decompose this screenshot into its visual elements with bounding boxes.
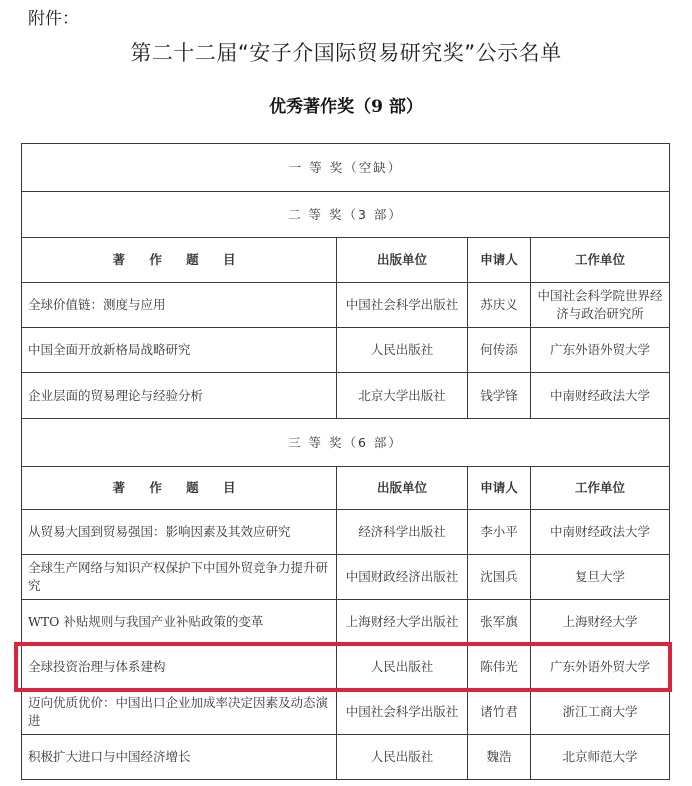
- column-header-applicant: 申请人: [468, 238, 531, 283]
- table-row: 迈向优质优价：中国出口企业加成率决定因素及动态演进 中国社会科学出版社 诸竹君 …: [22, 690, 670, 735]
- cell-affiliation: 浙江工商大学: [531, 690, 670, 735]
- cell-publisher: 人民出版社: [337, 328, 468, 373]
- attachment-label: 附件：: [28, 4, 79, 29]
- grade-row-third: 三 等 奖（6 部）: [22, 419, 670, 467]
- cell-affiliation: 复旦大学: [531, 555, 670, 600]
- cell-applicant: 张军旗: [468, 600, 531, 645]
- table-row: 从贸易大国到贸易强国：影响因素及其效应研究 经济科学出版社 李小平 中南财经政法…: [22, 510, 670, 555]
- cell-affiliation: 中南财经政法大学: [531, 373, 670, 419]
- cell-applicant: 沈国兵: [468, 555, 531, 600]
- table-row: 中国全面开放新格局战略研究 人民出版社 何传添 广东外语外贸大学: [22, 328, 670, 373]
- cell-title: 全球生产网络与知识产权保护下中国外贸竞争力提升研究: [22, 555, 337, 600]
- column-header-publisher: 出版单位: [337, 238, 468, 283]
- cell-title: 迈向优质优价：中国出口企业加成率决定因素及动态演进: [22, 690, 337, 735]
- cell-affiliation: 上海财经大学: [531, 600, 670, 645]
- cell-publisher: 中国社会科学出版社: [337, 690, 468, 735]
- cell-applicant: 钱学锋: [468, 373, 531, 419]
- table-row: 企业层面的贸易理论与经验分析 北京大学出版社 钱学锋 中南财经政法大学: [22, 373, 670, 419]
- cell-title: 积极扩大进口与中国经济增长: [22, 735, 337, 780]
- cell-publisher: 人民出版社: [337, 645, 468, 690]
- cell-affiliation: 北京师范大学: [531, 735, 670, 780]
- column-header-title: 著 作 题 目: [22, 238, 337, 283]
- column-header-affiliation: 工作单位: [531, 238, 670, 283]
- awards-table: 一 等 奖（空缺） 二 等 奖（3 部） 著 作 题 目 出版单位 申请人 工作…: [21, 143, 670, 780]
- column-header-publisher: 出版单位: [337, 467, 468, 510]
- table-row: WTO 补贴规则与我国产业补贴政策的变革 上海财经大学出版社 张军旗 上海财经大…: [22, 600, 670, 645]
- cell-affiliation: 中南财经政法大学: [531, 510, 670, 555]
- cell-affiliation: 广东外语外贸大学: [531, 645, 670, 690]
- cell-title: 全球投资治理与体系建构: [22, 645, 337, 690]
- grade-label: 二 等 奖（3 部）: [22, 192, 670, 238]
- cell-publisher: 中国社会科学出版社: [337, 283, 468, 328]
- cell-title: 企业层面的贸易理论与经验分析: [22, 373, 337, 419]
- cell-title: 全球价值链：测度与应用: [22, 283, 337, 328]
- cell-applicant: 李小平: [468, 510, 531, 555]
- cell-publisher: 中国财政经济出版社: [337, 555, 468, 600]
- column-header-title: 著 作 题 目: [22, 467, 337, 510]
- grade-label: 三 等 奖（6 部）: [22, 419, 670, 467]
- cell-applicant: 魏浩: [468, 735, 531, 780]
- page-title: 第二十二届“安子介国际贸易研究奖”公示名单: [0, 37, 692, 67]
- table-header-row: 著 作 题 目 出版单位 申请人 工作单位: [22, 467, 670, 510]
- cell-applicant: 陈伟光: [468, 645, 531, 690]
- grade-label: 一 等 奖（空缺）: [22, 144, 670, 192]
- cell-applicant: 苏庆义: [468, 283, 531, 328]
- cell-affiliation: 中国社会科学院世界经济与政治研究所: [531, 283, 670, 328]
- cell-title: WTO 补贴规则与我国产业补贴政策的变革: [22, 600, 337, 645]
- table-header-row: 著 作 题 目 出版单位 申请人 工作单位: [22, 238, 670, 283]
- cell-publisher: 人民出版社: [337, 735, 468, 780]
- cell-applicant: 诸竹君: [468, 690, 531, 735]
- section-subtitle: 优秀著作奖（9 部）: [0, 92, 692, 117]
- cell-title: 从贸易大国到贸易强国：影响因素及其效应研究: [22, 510, 337, 555]
- cell-affiliation: 广东外语外贸大学: [531, 328, 670, 373]
- column-header-applicant: 申请人: [468, 467, 531, 510]
- table-row-highlighted: 全球投资治理与体系建构 人民出版社 陈伟光 广东外语外贸大学: [22, 645, 670, 690]
- table-row: 全球价值链：测度与应用 中国社会科学出版社 苏庆义 中国社会科学院世界经济与政治…: [22, 283, 670, 328]
- table-row: 积极扩大进口与中国经济增长 人民出版社 魏浩 北京师范大学: [22, 735, 670, 780]
- cell-publisher: 经济科学出版社: [337, 510, 468, 555]
- cell-applicant: 何传添: [468, 328, 531, 373]
- grade-row-second: 二 等 奖（3 部）: [22, 192, 670, 238]
- cell-publisher: 上海财经大学出版社: [337, 600, 468, 645]
- grade-row-first: 一 等 奖（空缺）: [22, 144, 670, 192]
- column-header-affiliation: 工作单位: [531, 467, 670, 510]
- cell-publisher: 北京大学出版社: [337, 373, 468, 419]
- table-row: 全球生产网络与知识产权保护下中国外贸竞争力提升研究 中国财政经济出版社 沈国兵 …: [22, 555, 670, 600]
- cell-title: 中国全面开放新格局战略研究: [22, 328, 337, 373]
